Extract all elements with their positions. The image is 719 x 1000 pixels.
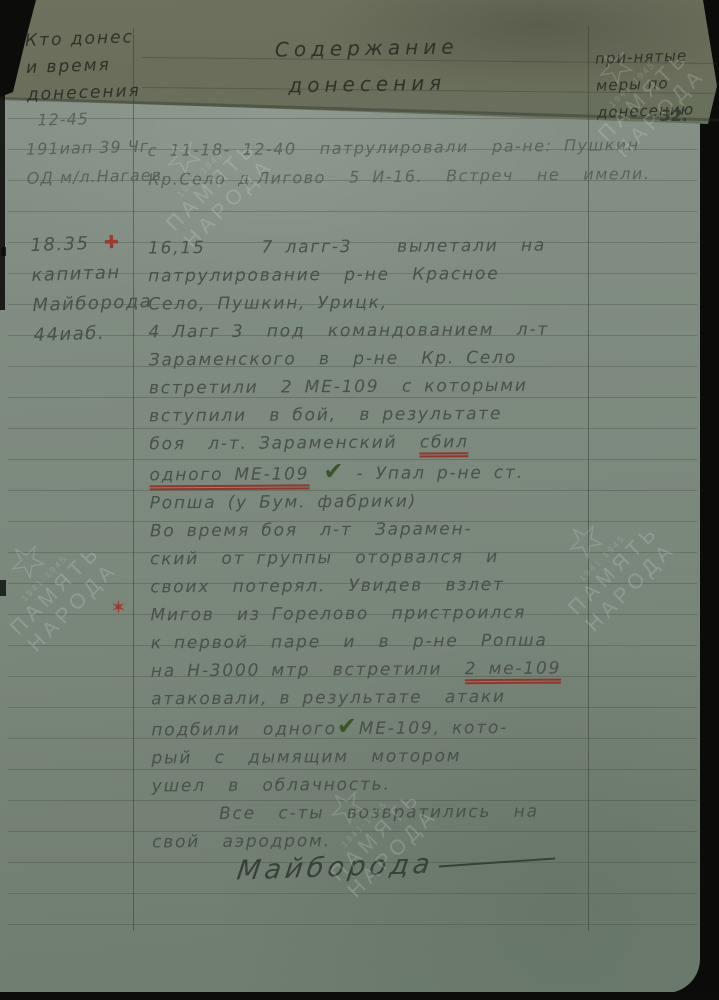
- text-line: Во время боя л-т Зарамен-: [150, 515, 561, 546]
- scan-edge-mark: [0, 580, 6, 596]
- text-line: донесения: [252, 64, 483, 104]
- text-line: 191иап 39 Чг: [26, 131, 168, 164]
- text-line: Ропша (у Бум. фабрики): [150, 487, 561, 518]
- text-line: 12-45: [25, 102, 167, 135]
- scan-edge-mark: [1, 247, 6, 256]
- text-line: Зараменского в р-не Кр. Село: [149, 344, 560, 375]
- text-line: Содержание: [251, 28, 482, 68]
- text-line: Село, Пушкин, Урицк,: [148, 288, 559, 319]
- scan-edge-shadow: [0, 95, 5, 310]
- text-line: Все с-ты возвратились на: [152, 798, 563, 829]
- entry2-report-text: 16,15 7 лагг-3 вылетали напатрулирование…: [148, 232, 563, 857]
- text-line: Кр.Село д.Лигово 5 И-16. Встреч не имели…: [148, 159, 651, 194]
- page-number: 32.: [660, 106, 688, 125]
- entry2-reporter-column: 18.35 ✚капитанМайборода44иаб.: [30, 227, 154, 351]
- text-line: ✶Мигов из Горелово пристроился: [150, 599, 561, 630]
- text-line: и время: [26, 51, 141, 82]
- header-report-content: Содержаниедонесения: [251, 28, 482, 104]
- scanned-document: Кто донеси времядонесения Содержаниедоне…: [0, 0, 719, 1000]
- text-line: при-нятые: [595, 42, 693, 72]
- text-line: атаковали, в результате атаки: [151, 683, 562, 714]
- text-line: 44иаб.: [33, 317, 154, 351]
- header-who-reported: Кто донеси времядонесения: [25, 24, 142, 109]
- text-line: Майборода: [32, 287, 153, 321]
- text-line: своих потерял. Увидев взлет: [150, 571, 561, 602]
- text-line: на Н-3000 мтр встретили 2 ме-109: [151, 655, 562, 686]
- text-line: рый с дымящим мотором: [151, 742, 562, 773]
- entry1-report-text: с 11-18- 12-40 патрулировали ра-не: Пушк…: [148, 130, 651, 194]
- text-line: 18.35 ✚: [30, 227, 151, 261]
- text-line: вступили в бой, в результате: [149, 400, 560, 431]
- text-line: встретили 2 МЕ-109 с которыми: [149, 372, 560, 403]
- text-line: одного МЕ-109 ✔ - Упал р-не ст.: [149, 456, 560, 490]
- text-line: к первой паре и в р-не Ропша: [151, 627, 562, 658]
- text-line: патрулирование р-не Красное: [148, 260, 559, 291]
- text-line: Кто донес: [25, 24, 140, 55]
- text-line: 4 Лагг 3 под командованием л-т: [148, 316, 559, 347]
- text-line: ский от группы оторвался и: [150, 543, 561, 574]
- text-line: капитан: [31, 257, 152, 291]
- text-line: меры по: [596, 69, 694, 99]
- text-line: 16,15 7 лагг-3 вылетали на: [148, 232, 559, 263]
- scan-bottom-shadow: [0, 992, 719, 1000]
- text-line: подбили одного✔МЕ-109, кото-: [151, 711, 562, 745]
- text-line: боя л-т. Зараменский сбил: [149, 428, 560, 459]
- text-line: ушел в облачность.: [152, 770, 563, 801]
